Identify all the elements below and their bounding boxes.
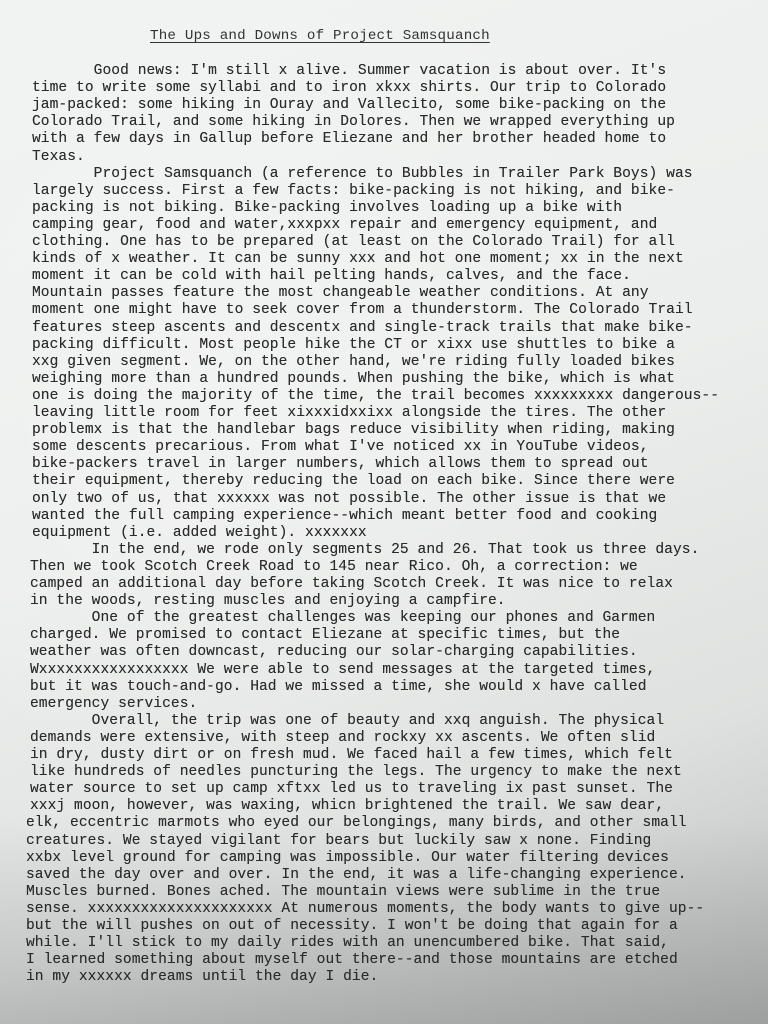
text-line: Project Samsquanch (a reference to Bubbl…: [32, 166, 693, 183]
text-line: Mountain passes feature the most changea…: [32, 285, 649, 302]
text-line: largely success. First a few facts: bike…: [32, 183, 675, 200]
text-line: elk, eccentric marmots who eyed our belo…: [26, 815, 687, 832]
text-line: xxxj moon, however, was waxing, whicn br…: [30, 798, 664, 815]
text-line: I learned something about myself out the…: [26, 952, 678, 969]
text-line: but the will pushes on out of necessity.…: [26, 918, 678, 935]
text-line: camped an additional day before taking S…: [30, 576, 673, 593]
text-line: emergency services.: [30, 696, 197, 713]
text-line: One of the greatest challenges was keepi…: [30, 610, 655, 627]
text-line: sense. xxxxxxxxxxxxxxxxxxxxx At numerous…: [26, 901, 704, 918]
text-line: time to write some syllabi and to iron x…: [32, 80, 666, 97]
text-line: Overall, the trip was one of beauty and …: [30, 713, 664, 730]
text-line: moment one might have to seek cover from…: [32, 302, 693, 319]
text-line: equipment (i.e. added weight). xxxxxxx: [32, 525, 367, 542]
text-line: weighing more than a hundred pounds. Whe…: [32, 371, 675, 388]
text-line: Good news: I'm still x alive. Summer vac…: [32, 63, 666, 80]
text-line: features steep ascents and descentx and …: [32, 320, 693, 337]
text-line: bike-packers travel in larger numbers, w…: [32, 456, 649, 473]
text-line: Texas.: [32, 149, 85, 166]
text-line: creatures. We stayed vigilant for bears …: [26, 833, 651, 850]
text-line: only two of us, that xxxxxx was not poss…: [32, 491, 666, 508]
text-line: saved the day over and over. In the end,…: [26, 867, 687, 884]
text-line: camping gear, food and water,xxxpxx repa…: [32, 217, 657, 234]
text-line: with a few days in Gallup before Eliezan…: [32, 131, 666, 148]
document-title: The Ups and Downs of Project Samsquanch: [150, 28, 490, 44]
text-line: packing is not biking. Bike-packing invo…: [32, 200, 622, 217]
text-line: water source to set up camp xftxx led us…: [30, 781, 673, 798]
text-line: charged. We promised to contact Eliezane…: [30, 627, 620, 644]
text-line: kinds of x weather. It can be sunny xxx …: [32, 251, 684, 268]
text-line: weather was often downcast, reducing our…: [30, 644, 638, 661]
text-line: jam-packed: some hiking in Ouray and Val…: [32, 97, 666, 114]
text-line: some descents precarious. From what I've…: [32, 439, 649, 456]
text-line: xxbx level ground for camping was imposs…: [26, 850, 669, 867]
text-line: in dry, dusty dirt or on fresh mud. We f…: [30, 747, 673, 764]
text-line: their equipment, thereby reducing the lo…: [32, 473, 675, 490]
text-line: packing difficult. Most people hike the …: [32, 337, 675, 354]
text-line: leaving little room for feet xixxxidxxix…: [32, 405, 666, 422]
text-line: Then we took Scotch Creek Road to 145 ne…: [30, 559, 638, 576]
text-line: Muscles burned. Bones ached. The mountai…: [26, 884, 660, 901]
text-line: clothing. One has to be prepared (at lea…: [32, 234, 675, 251]
text-line: xxg given segment. We, on the other hand…: [32, 354, 675, 371]
text-line: In the end, we rode only segments 25 and…: [30, 542, 699, 559]
text-line: one is doing the majority of the time, t…: [32, 388, 719, 405]
text-line: but it was touch-and-go. Had we missed a…: [30, 679, 647, 696]
text-line: moment it can be cold with hail pelting …: [32, 268, 631, 285]
text-line: while. I'll stick to my daily rides with…: [26, 935, 669, 952]
text-line: demands were extensive, with steep and r…: [30, 730, 655, 747]
text-line: wanted the full camping experience--whic…: [32, 508, 657, 525]
text-line: Wxxxxxxxxxxxxxxxxx We were able to send …: [30, 662, 655, 679]
text-line: Colorado Trail, and some hiking in Dolor…: [32, 114, 675, 131]
text-line: problemx is that the handlebar bags redu…: [32, 422, 675, 439]
text-line: like hundreds of needles puncturing the …: [30, 764, 682, 781]
text-line: in my xxxxxx dreams until the day I die.: [26, 969, 378, 986]
text-line: in the woods, resting muscles and enjoyi…: [30, 593, 506, 610]
